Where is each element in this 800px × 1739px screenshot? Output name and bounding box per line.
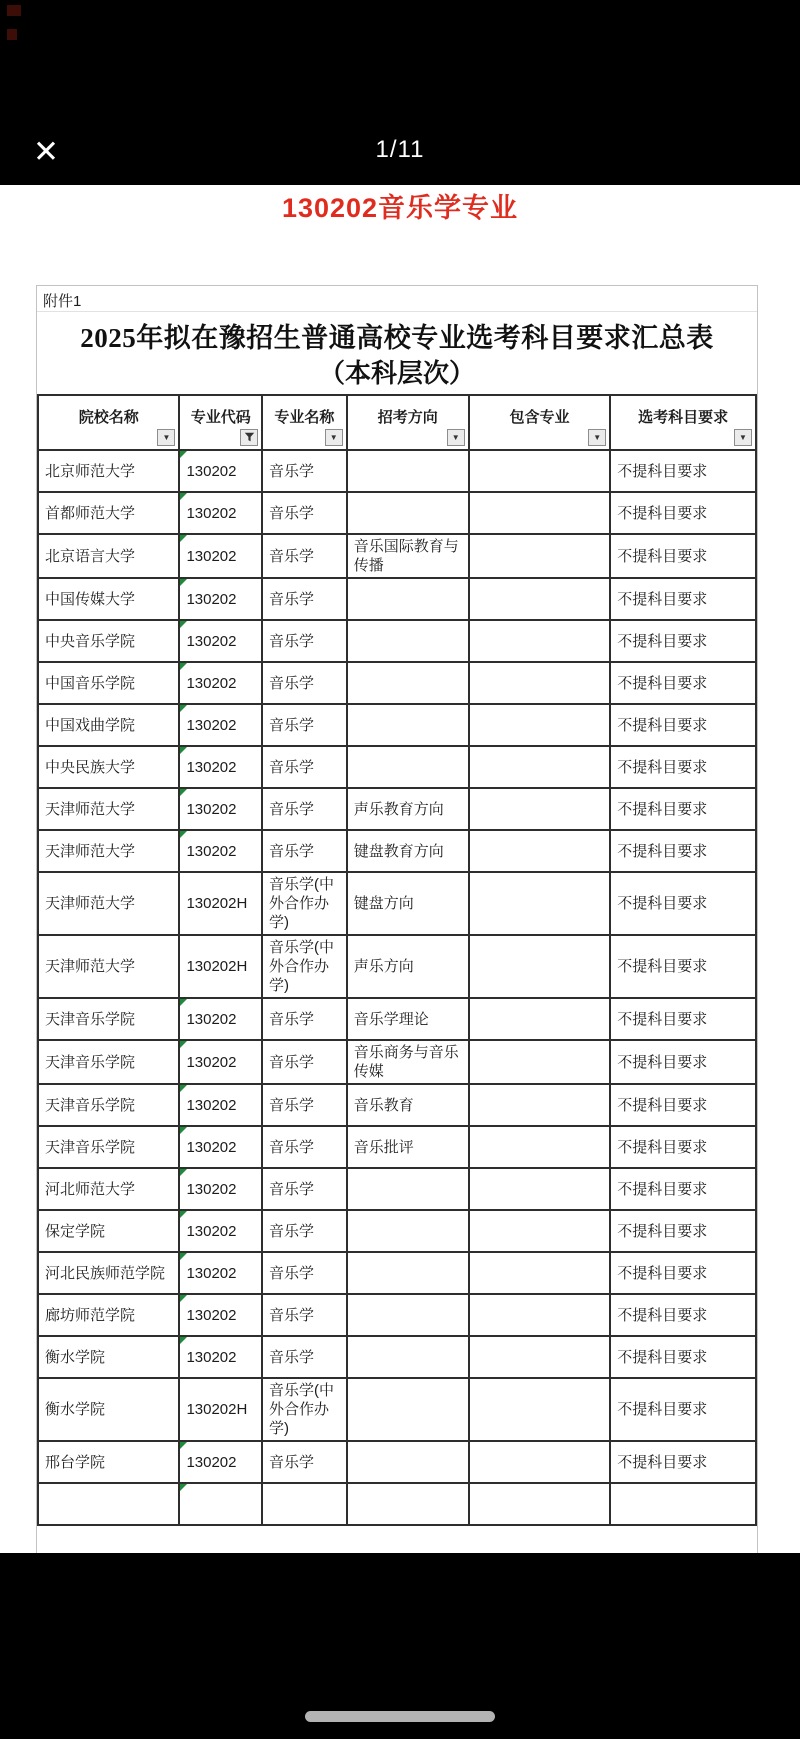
cell-major: 音乐学	[262, 1168, 347, 1210]
cell-code: 130202	[179, 746, 262, 788]
cell-requirement: 不提科目要求	[610, 872, 756, 935]
cell-requirement: 不提科目要求	[610, 1252, 756, 1294]
document-title: 2025年拟在豫招生普通高校专业选考科目要求汇总表	[37, 316, 757, 350]
table-row: 保定学院130202音乐学不提科目要求	[38, 1210, 756, 1252]
table-row: 天津音乐学院130202音乐学音乐学理论不提科目要求	[38, 998, 756, 1040]
table-row: 首都师范大学130202音乐学不提科目要求	[38, 492, 756, 534]
table-row: 中国传媒大学130202音乐学不提科目要求	[38, 578, 756, 620]
cell-requirement: 不提科目要求	[610, 1126, 756, 1168]
cell-school: 天津师范大学	[38, 830, 179, 872]
cell-included	[469, 1252, 610, 1294]
cell-requirement: 不提科目要求	[610, 1378, 756, 1441]
cell-direction: 音乐学理论	[347, 998, 469, 1040]
cell-included	[469, 534, 610, 578]
cell-requirement: 不提科目要求	[610, 935, 756, 998]
table-row: 中央音乐学院130202音乐学不提科目要求	[38, 620, 756, 662]
cell-major: 音乐学	[262, 998, 347, 1040]
cell-school: 北京师范大学	[38, 450, 179, 492]
cell-included	[469, 662, 610, 704]
cell-code: 130202	[179, 1441, 262, 1483]
filter-funnel-icon	[240, 429, 258, 446]
cell-direction	[347, 1252, 469, 1294]
cell-code: 130202H	[179, 935, 262, 998]
cell-requirement: 不提科目要求	[610, 534, 756, 578]
cell-included	[469, 830, 610, 872]
table-row: 衡水学院130202音乐学不提科目要求	[38, 1336, 756, 1378]
status-bar-remnant	[7, 29, 17, 40]
green-corner-marker	[180, 1169, 187, 1176]
cell-code: 130202	[179, 788, 262, 830]
cell-direction	[347, 1336, 469, 1378]
cell-direction: 音乐商务与音乐传媒	[347, 1040, 469, 1084]
viewed-image-page[interactable]: 130202音乐学专业 附件1 2025年拟在豫招生普通高校专业选考科目要求汇总…	[0, 185, 800, 1553]
table-row: 河北民族师范学院130202音乐学不提科目要求	[38, 1252, 756, 1294]
table-row: 中国戏曲学院130202音乐学不提科目要求	[38, 704, 756, 746]
cell-major: 音乐学	[262, 450, 347, 492]
green-corner-marker	[180, 1253, 187, 1260]
cell-code: 130202	[179, 704, 262, 746]
cell-direction: 声乐方向	[347, 935, 469, 998]
cell-school	[38, 1483, 179, 1525]
cell-major: 音乐学	[262, 1040, 347, 1084]
cell-school: 天津音乐学院	[38, 1040, 179, 1084]
green-corner-marker	[180, 1337, 187, 1344]
cell-code: 130202H	[179, 872, 262, 935]
cell-code: 130202	[179, 1210, 262, 1252]
cell-major: 音乐学	[262, 746, 347, 788]
cell-included	[469, 872, 610, 935]
cell-code: 130202	[179, 998, 262, 1040]
cell-school: 衡水学院	[38, 1378, 179, 1441]
cell-school: 首都师范大学	[38, 492, 179, 534]
cell-requirement: 不提科目要求	[610, 1441, 756, 1483]
cell-school: 天津音乐学院	[38, 998, 179, 1040]
cell-requirement: 不提科目要求	[610, 1210, 756, 1252]
cell-included	[469, 1126, 610, 1168]
cell-code: 130202	[179, 534, 262, 578]
cell-code: 130202	[179, 830, 262, 872]
cell-school: 中国戏曲学院	[38, 704, 179, 746]
cell-included	[469, 935, 610, 998]
cell-major: 音乐学(中外合作办学)	[262, 872, 347, 935]
page-counter: 1/11	[0, 136, 800, 164]
cell-major: 音乐学(中外合作办学)	[262, 1378, 347, 1441]
cell-included	[469, 1441, 610, 1483]
green-corner-marker	[180, 789, 187, 796]
table-row: 河北师范大学130202音乐学不提科目要求	[38, 1168, 756, 1210]
cell-school: 中国音乐学院	[38, 662, 179, 704]
cell-major: 音乐学	[262, 1210, 347, 1252]
cell-school: 中央民族大学	[38, 746, 179, 788]
table-row: 天津音乐学院130202音乐学音乐商务与音乐传媒不提科目要求	[38, 1040, 756, 1084]
table-row: 北京语言大学130202音乐学音乐国际教育与传播不提科目要求	[38, 534, 756, 578]
cell-requirement: 不提科目要求	[610, 1084, 756, 1126]
cell-school: 天津音乐学院	[38, 1084, 179, 1126]
table-row: 天津师范大学130202H音乐学(中外合作办学)键盘方向不提科目要求	[38, 872, 756, 935]
green-corner-marker	[180, 747, 187, 754]
cell-major	[262, 1483, 347, 1525]
cell-included	[469, 998, 610, 1040]
cell-major: 音乐学	[262, 578, 347, 620]
cell-school: 邢台学院	[38, 1441, 179, 1483]
cell-code: 130202	[179, 1126, 262, 1168]
col-header-school: 院校名称▼	[38, 395, 179, 450]
cell-included	[469, 492, 610, 534]
viewer-top-bar: ✕ 1/11	[0, 0, 800, 185]
cell-code: 130202	[179, 1084, 262, 1126]
cell-requirement: 不提科目要求	[610, 1336, 756, 1378]
filter-dropdown-icon: ▼	[588, 429, 606, 446]
cell-major: 音乐学(中外合作办学)	[262, 935, 347, 998]
cell-included	[469, 450, 610, 492]
cell-major: 音乐学	[262, 1252, 347, 1294]
table-row: 天津师范大学130202H音乐学(中外合作办学)声乐方向不提科目要求	[38, 935, 756, 998]
green-corner-marker	[180, 663, 187, 670]
cell-school: 天津师范大学	[38, 788, 179, 830]
green-corner-marker	[180, 1484, 187, 1491]
cell-direction	[347, 704, 469, 746]
filter-dropdown-icon: ▼	[734, 429, 752, 446]
cell-direction	[347, 1168, 469, 1210]
cell-direction: 音乐国际教育与传播	[347, 534, 469, 578]
cell-code: 130202	[179, 492, 262, 534]
filter-dropdown-icon: ▼	[157, 429, 175, 446]
cell-code: 130202	[179, 1252, 262, 1294]
cell-school: 廊坊师范学院	[38, 1294, 179, 1336]
cell-major: 音乐学	[262, 662, 347, 704]
cell-direction	[347, 746, 469, 788]
col-header-requirement: 选考科目要求▼	[610, 395, 756, 450]
green-corner-marker	[180, 999, 187, 1006]
filter-dropdown-icon: ▼	[325, 429, 343, 446]
cell-direction: 声乐教育方向	[347, 788, 469, 830]
cell-requirement: 不提科目要求	[610, 450, 756, 492]
cell-requirement: 不提科目要求	[610, 578, 756, 620]
table-row: 衡水学院130202H音乐学(中外合作办学)不提科目要求	[38, 1378, 756, 1441]
cell-major: 音乐学	[262, 788, 347, 830]
cell-requirement: 不提科目要求	[610, 998, 756, 1040]
image-viewer-screen: ✕ 1/11 130202音乐学专业 附件1 2025年拟在豫招生普通高校专业选…	[0, 0, 800, 1739]
cell-school: 天津师范大学	[38, 935, 179, 998]
cell-included	[469, 578, 610, 620]
cell-included	[469, 746, 610, 788]
green-corner-marker	[180, 621, 187, 628]
cell-requirement: 不提科目要求	[610, 704, 756, 746]
table-row-partial	[38, 1483, 756, 1525]
cell-included	[469, 1210, 610, 1252]
cell-code: 130202	[179, 1336, 262, 1378]
cell-requirement: 不提科目要求	[610, 1168, 756, 1210]
green-corner-marker	[180, 579, 187, 586]
cell-direction: 音乐教育	[347, 1084, 469, 1126]
green-corner-marker	[180, 1085, 187, 1092]
cell-included	[469, 1084, 610, 1126]
cell-major: 音乐学	[262, 1084, 347, 1126]
green-corner-marker	[180, 493, 187, 500]
cell-direction	[347, 492, 469, 534]
table-row: 中央民族大学130202音乐学不提科目要求	[38, 746, 756, 788]
filter-dropdown-icon: ▼	[447, 429, 465, 446]
cell-code: 130202	[179, 1040, 262, 1084]
cell-requirement	[610, 1483, 756, 1525]
cell-code: 130202	[179, 662, 262, 704]
table-header-row: 院校名称▼专业代码专业名称▼招考方向▼包含专业▼选考科目要求▼	[38, 395, 756, 450]
cell-code: 130202	[179, 1294, 262, 1336]
cell-included	[469, 704, 610, 746]
cell-requirement: 不提科目要求	[610, 1040, 756, 1084]
cell-code: 130202H	[179, 1378, 262, 1441]
requirements-table: 院校名称▼专业代码专业名称▼招考方向▼包含专业▼选考科目要求▼ 北京师范大学13…	[37, 394, 757, 1526]
home-indicator[interactable]	[305, 1711, 495, 1722]
cell-code: 130202	[179, 620, 262, 662]
cell-included	[469, 1378, 610, 1441]
green-corner-marker	[180, 535, 187, 542]
cell-direction	[347, 1378, 469, 1441]
cell-requirement: 不提科目要求	[610, 492, 756, 534]
cell-major: 音乐学	[262, 1294, 347, 1336]
cell-direction	[347, 1441, 469, 1483]
table-row: 中国音乐学院130202音乐学不提科目要求	[38, 662, 756, 704]
cell-school: 北京语言大学	[38, 534, 179, 578]
cell-code: 130202	[179, 578, 262, 620]
cell-direction	[347, 1294, 469, 1336]
table-row: 天津师范大学130202音乐学键盘教育方向不提科目要求	[38, 830, 756, 872]
cell-major: 音乐学	[262, 1336, 347, 1378]
table-row: 廊坊师范学院130202音乐学不提科目要求	[38, 1294, 756, 1336]
table-body: 北京师范大学130202音乐学不提科目要求首都师范大学130202音乐学不提科目…	[38, 450, 756, 1525]
cell-direction: 键盘教育方向	[347, 830, 469, 872]
col-header-major: 专业名称▼	[262, 395, 347, 450]
cell-major: 音乐学	[262, 1441, 347, 1483]
cell-direction	[347, 578, 469, 620]
cell-code	[179, 1483, 262, 1525]
cell-school: 河北民族师范学院	[38, 1252, 179, 1294]
cell-included	[469, 620, 610, 662]
cell-included	[469, 1040, 610, 1084]
cell-major: 音乐学	[262, 534, 347, 578]
cell-included	[469, 788, 610, 830]
table-row: 北京师范大学130202音乐学不提科目要求	[38, 450, 756, 492]
cell-direction: 音乐批评	[347, 1126, 469, 1168]
page-title: 130202音乐学专业	[0, 186, 800, 225]
cell-requirement: 不提科目要求	[610, 746, 756, 788]
cell-school: 河北师范大学	[38, 1168, 179, 1210]
cell-included	[469, 1483, 610, 1525]
col-header-included: 包含专业▼	[469, 395, 610, 450]
col-header-code: 专业代码	[179, 395, 262, 450]
green-corner-marker	[180, 1127, 187, 1134]
green-corner-marker	[180, 1295, 187, 1302]
green-corner-marker	[180, 451, 187, 458]
cell-requirement: 不提科目要求	[610, 662, 756, 704]
table-row: 天津音乐学院130202音乐学音乐批评不提科目要求	[38, 1126, 756, 1168]
spreadsheet-area: 附件1 2025年拟在豫招生普通高校专业选考科目要求汇总表 （本科层次） 院校名…	[36, 285, 758, 1553]
table-row: 天津音乐学院130202音乐学音乐教育不提科目要求	[38, 1084, 756, 1126]
cell-major: 音乐学	[262, 704, 347, 746]
cell-school: 天津音乐学院	[38, 1126, 179, 1168]
cell-school: 中国传媒大学	[38, 578, 179, 620]
cell-major: 音乐学	[262, 492, 347, 534]
cell-code: 130202	[179, 450, 262, 492]
table-row: 邢台学院130202音乐学不提科目要求	[38, 1441, 756, 1483]
document-subtitle: （本科层次）	[37, 350, 757, 394]
status-bar-remnant	[7, 5, 21, 16]
cell-direction: 键盘方向	[347, 872, 469, 935]
cell-requirement: 不提科目要求	[610, 1294, 756, 1336]
cell-included	[469, 1336, 610, 1378]
viewer-bottom-bar	[0, 1553, 800, 1739]
cell-school: 中央音乐学院	[38, 620, 179, 662]
cell-direction	[347, 662, 469, 704]
cell-school: 保定学院	[38, 1210, 179, 1252]
cell-included	[469, 1294, 610, 1336]
cell-included	[469, 1168, 610, 1210]
green-corner-marker	[180, 1211, 187, 1218]
cell-direction	[347, 620, 469, 662]
green-corner-marker	[180, 1442, 187, 1449]
cell-major: 音乐学	[262, 830, 347, 872]
cell-requirement: 不提科目要求	[610, 830, 756, 872]
cell-school: 衡水学院	[38, 1336, 179, 1378]
green-corner-marker	[180, 831, 187, 838]
attachment-label: 附件1	[37, 286, 757, 312]
cell-requirement: 不提科目要求	[610, 620, 756, 662]
cell-direction	[347, 450, 469, 492]
cell-code: 130202	[179, 1168, 262, 1210]
cell-major: 音乐学	[262, 620, 347, 662]
green-corner-marker	[180, 1041, 187, 1048]
cell-school: 天津师范大学	[38, 872, 179, 935]
cell-direction	[347, 1210, 469, 1252]
col-header-direction: 招考方向▼	[347, 395, 469, 450]
green-corner-marker	[180, 705, 187, 712]
table-row: 天津师范大学130202音乐学声乐教育方向不提科目要求	[38, 788, 756, 830]
cell-direction	[347, 1483, 469, 1525]
cell-major: 音乐学	[262, 1126, 347, 1168]
cell-requirement: 不提科目要求	[610, 788, 756, 830]
